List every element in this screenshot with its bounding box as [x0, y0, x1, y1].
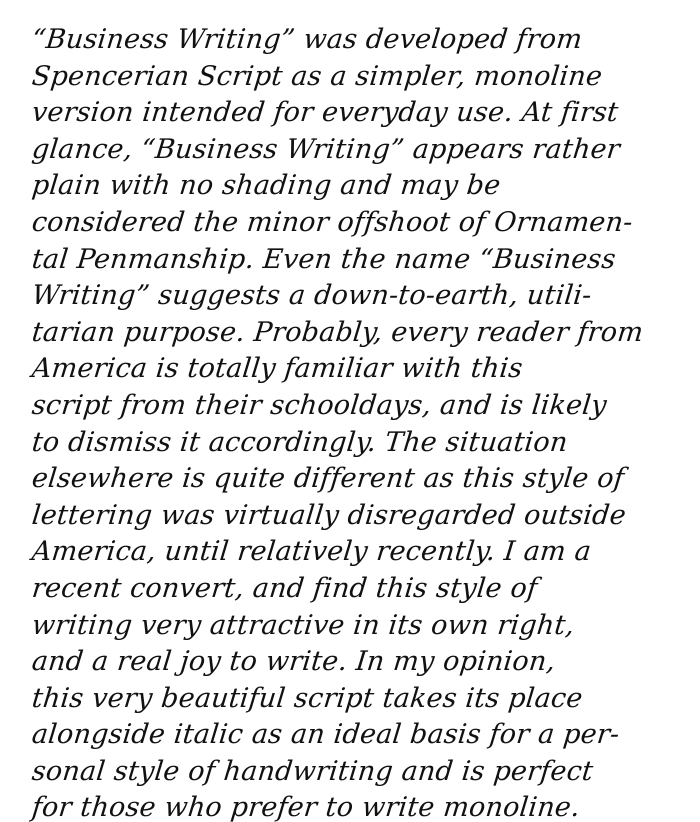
text-line: alongside italic as an ideal basis for a…: [30, 717, 694, 754]
text-line: America is totally familiar with this: [30, 351, 694, 388]
text-line: writing very attractive in its own right…: [30, 608, 694, 645]
handwriting-page: “Business Writing” was developed from Sp…: [0, 0, 700, 822]
text-line: plain with no shading and may be: [30, 168, 694, 205]
text-line: tal Penmanship. Even the name “Business: [30, 242, 694, 279]
text-line: America, until relatively recently. I am…: [30, 534, 694, 571]
text-line: and a real joy to write. In my opinion,: [30, 644, 694, 681]
text-line: recent convert, and find this style of: [30, 571, 694, 608]
handwritten-paragraph: “Business Writing” was developed from Sp…: [30, 22, 690, 822]
text-line: version intended for everyday use. At fi…: [30, 95, 694, 132]
text-line: glance, “Business Writing” appears rathe…: [30, 132, 694, 169]
text-line: tarian purpose. Probably, every reader f…: [30, 315, 694, 352]
text-line: considered the minor offshoot of Ornamen…: [30, 205, 694, 242]
text-line: “Business Writing” was developed from: [30, 22, 694, 59]
text-line: elsewhere is quite different as this sty…: [30, 461, 694, 498]
text-line: sonal style of handwriting and is perfec…: [30, 754, 694, 791]
text-line: for those who prefer to write monoline.: [30, 790, 694, 822]
text-line: this very beautiful script takes its pla…: [30, 681, 694, 718]
text-line: Spencerian Script as a simpler, monoline: [30, 59, 694, 96]
text-line: Writing” suggests a down-to-earth, utili…: [30, 278, 694, 315]
text-line: script from their schooldays, and is lik…: [30, 388, 694, 425]
text-line: lettering was virtually disregarded outs…: [30, 498, 694, 535]
text-line: to dismiss it accordingly. The situation: [30, 425, 694, 462]
